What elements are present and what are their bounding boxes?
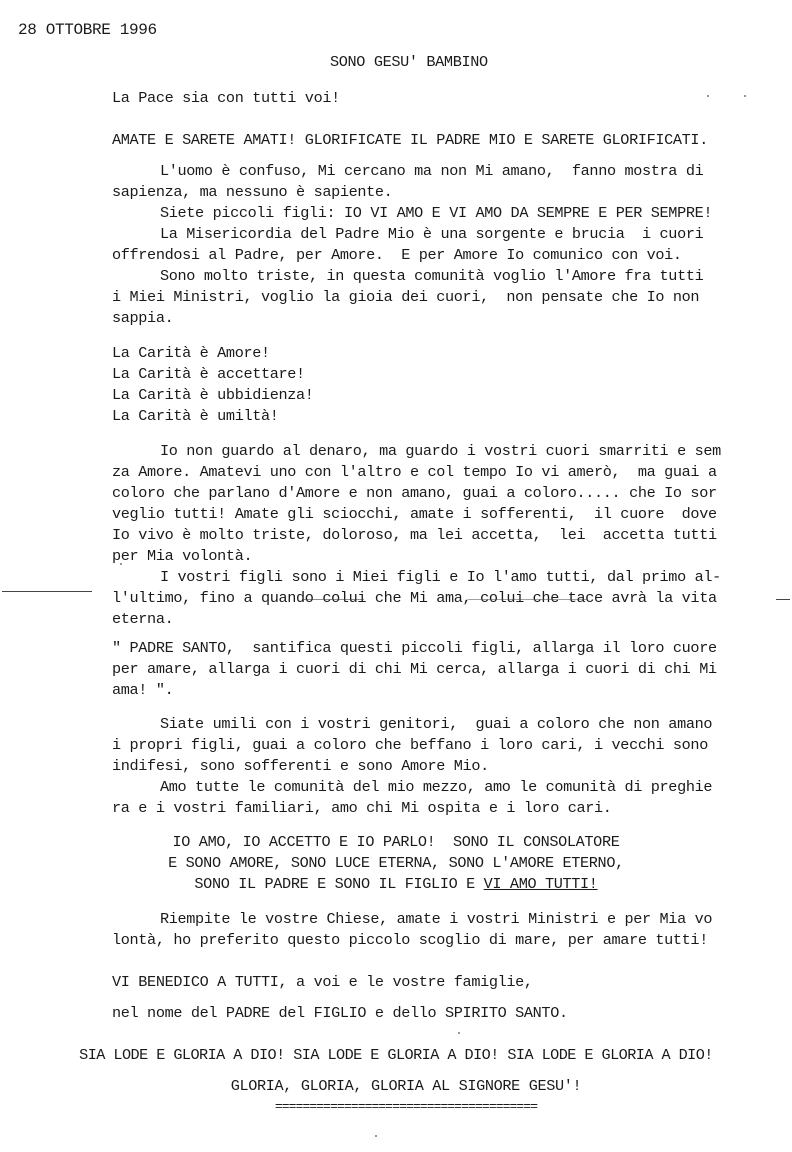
paragraph-line: za Amore. Amatevi uno con l'altro e col … bbox=[112, 462, 717, 482]
paragraph-line: Io vivo è molto triste, doloroso, ma lei… bbox=[112, 525, 717, 545]
blessing-line: VI BENEDICO A TUTTI, a voi e le vostre f… bbox=[112, 972, 533, 992]
paragraph-line: ra e i vostri familiari, amo chi Mi ospi… bbox=[112, 798, 612, 818]
paragraph-line: i propri figli, guai a coloro che beffan… bbox=[112, 735, 708, 755]
paragraph-line: Sono molto triste, in questa comunità vo… bbox=[160, 266, 703, 286]
carita-line: La Carità è accettare! bbox=[112, 364, 305, 384]
paragraph-line: Io non guardo al denaro, ma guardo i vos… bbox=[160, 441, 721, 461]
paragraph-line: Riempite le vostre Chiese, amate i vostr… bbox=[160, 909, 712, 929]
declaration-underlined: VI AMO TUTTI! bbox=[484, 875, 598, 893]
scan-speck bbox=[707, 95, 709, 97]
declaration-line: IO AMO, IO ACCETTO E IO PARLO! SONO IL C… bbox=[0, 832, 792, 852]
paragraph-line: veglio tutti! Amate gli sciocchi, amate … bbox=[112, 504, 717, 524]
declaration-line: SONO IL PADRE E SONO IL FIGLIO E VI AMO … bbox=[0, 874, 792, 894]
headline: AMATE E SARETE AMATI! GLORIFICATE IL PAD… bbox=[112, 130, 708, 150]
paragraph-line: i Miei Ministri, voglio la gioia dei cuo… bbox=[112, 287, 699, 307]
paragraph-line: indifesi, sono sofferenti e sono Amore M… bbox=[112, 756, 489, 776]
scan-speck bbox=[458, 1032, 460, 1034]
strike-mark bbox=[468, 599, 588, 600]
praise-line: SIA LODE E GLORIA A DIO! SIA LODE E GLOR… bbox=[0, 1045, 792, 1065]
prayer-line: " PADRE SANTO, santifica questi piccoli … bbox=[112, 638, 717, 658]
paragraph-line: L'uomo è confuso, Mi cercano ma non Mi a… bbox=[160, 161, 703, 181]
prayer-line: per amare, allarga i cuori di chi Mi cer… bbox=[112, 659, 717, 679]
paragraph-line: Siate umili con i vostri genitori, guai … bbox=[160, 714, 712, 734]
paragraph-line: Amo tutte le comunità del mio mezzo, amo… bbox=[160, 777, 712, 797]
blessing-line: nel nome del PADRE del FIGLIO e dello SP… bbox=[112, 1003, 568, 1023]
closing-rule: ====================================== bbox=[10, 1097, 792, 1117]
document-title: SONO GESU' BAMBINO bbox=[330, 52, 488, 72]
paragraph-line: per Mia volontà. bbox=[112, 546, 252, 566]
greeting: La Pace sia con tutti voi! bbox=[112, 88, 340, 108]
paragraph-line: coloro che parlano d'Amore e non amano, … bbox=[112, 483, 717, 503]
declaration-text: SONO IL PADRE E SONO IL FIGLIO E bbox=[194, 875, 483, 893]
scan-speck bbox=[120, 563, 122, 565]
margin-mark bbox=[776, 599, 790, 600]
paragraph-line: sapienza, ma nessuno è sapiente. bbox=[112, 182, 392, 202]
paragraph-line: lontà, ho preferito questo piccolo scogl… bbox=[112, 930, 708, 950]
margin-mark bbox=[2, 591, 92, 592]
paragraph-line: La Misericordia del Padre Mio è una sorg… bbox=[160, 224, 703, 244]
strike-mark bbox=[302, 599, 364, 600]
carita-line: La Carità è Amore! bbox=[112, 343, 270, 363]
paragraph-line: eterna. bbox=[112, 609, 173, 629]
scan-speck bbox=[375, 1135, 377, 1137]
prayer-line: ama! ". bbox=[112, 680, 173, 700]
paragraph-line: l'ultimo, fino a quando colui che Mi ama… bbox=[112, 588, 717, 608]
paragraph-line: sappia. bbox=[112, 308, 173, 328]
gloria-line: GLORIA, GLORIA, GLORIA AL SIGNORE GESU'! bbox=[10, 1076, 792, 1096]
carita-line: La Carità è ubbidienza! bbox=[112, 385, 314, 405]
paragraph-line: Siete piccoli figli: IO VI AMO E VI AMO … bbox=[160, 203, 712, 223]
document-date: 28 OTTOBRE 1996 bbox=[18, 20, 157, 40]
declaration-line: E SONO AMORE, SONO LUCE ETERNA, SONO L'A… bbox=[0, 853, 792, 873]
scan-speck bbox=[744, 95, 746, 97]
paragraph-line: offrendosi al Padre, per Amore. E per Am… bbox=[112, 245, 682, 265]
carita-line: La Carità è umiltà! bbox=[112, 406, 279, 426]
paragraph-line: I vostri figli sono i Miei figli e Io l'… bbox=[160, 567, 721, 587]
